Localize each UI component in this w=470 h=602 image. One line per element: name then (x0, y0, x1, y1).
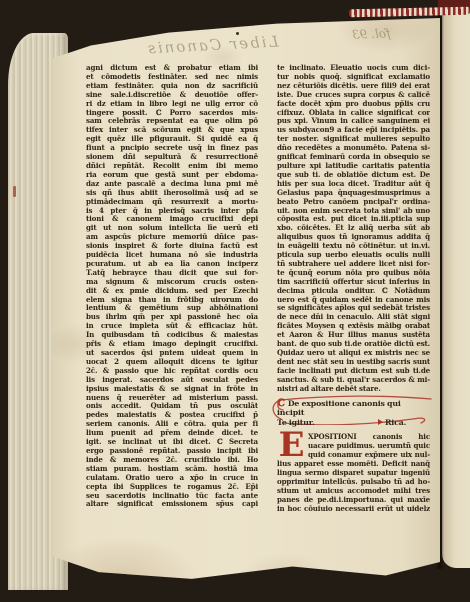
text-line: tñ subtrahere uel addere licet nisi for- (277, 260, 430, 269)
text-line: pedes maiestatis & postea crucifixi p̄ (86, 411, 258, 420)
text-line: bus ihrlm qm̄ per xpi passionē hec oīa (86, 313, 258, 322)
text-line: tifex inter scā scōrum egit & que xpus (86, 126, 258, 135)
text-line: lis ingerat. sacerdos aūt osculat pedes (86, 376, 258, 385)
text-line: cifixuz. Oblata in calice significat cor (277, 109, 430, 118)
text-line: igit. se inclinat ut ibi dicet. ℂ Secret… (86, 438, 258, 447)
text-line: ri dz etiam in libro legi ne ullg error … (86, 100, 258, 109)
text-line: sam celebrās repsentat ea que olim pō (86, 117, 258, 126)
rubric-pilcrow-icon: ℂ (277, 398, 285, 409)
text-line: seu sacerdotis inclinatio tūc facta ante (86, 492, 258, 501)
text-line: Gelasius papa q̄nquagesimusprimus a (277, 189, 430, 198)
text-line: in cruce impleta sūt & efficaciaz hūt. (86, 322, 258, 331)
text-line: ipsius maiestatis & se signat in frōte i… (86, 385, 258, 394)
text-line: ma signum & miscorum crucis osten- (86, 278, 258, 287)
fore-edge-mark (13, 186, 16, 197)
text-line: bant. de quo sub ti.de oratiōe dictū est… (277, 340, 430, 349)
text-line: uero est q̄ quidam sedēt in canone mis (277, 296, 430, 305)
rubrica-mark: Rica. (378, 418, 406, 428)
text-line: sionis inspiret & forte diuina factū est (86, 242, 258, 251)
text-line: stium ut amicus accomodet mihi tres (277, 486, 430, 495)
text-line: xbo. cōicētes. Et lz aliq̄ uerba sūt ab (277, 224, 430, 233)
text-line: et cōmodetis festināter. sed nec nimis (86, 73, 258, 82)
text-line: inde & memores 2c̄. crucifixio ibi. Ho (86, 456, 258, 465)
text-line: hiis per sua loca dicet. Traditur aūt q̄ (277, 180, 430, 189)
text-line: egit quēz ille pfigurauit. Si quidē ea q… (86, 135, 258, 144)
text-line: daz ante pascalē a decima luna pmi mē (86, 180, 258, 189)
text-line: nez cēturiōis dicētis. uere fili9 dei er… (277, 82, 430, 91)
text-line: panes de pe.di.i.importuna. qui maxīe (277, 495, 430, 504)
text-line: ria eorum que gestā sunt per ebdoma- (86, 171, 258, 180)
rubric-title: De expositione canonis qui incipit (277, 399, 401, 418)
text-line: am aspcūs picture memoriū dñice pas- (86, 233, 258, 242)
text-line: facte docēt xp̄m pro duobus pp̄lis cru (277, 100, 430, 109)
text-line: quid conamur exp̄mere uix nul- (308, 450, 430, 459)
text-line: in hoc cōuiuio necessarii erūt ut uidelz (277, 504, 430, 513)
text-line: in euāgelii textu nō cōtinētur. ut in.vi… (277, 242, 430, 251)
text-line: sine sale.i.discretiōe & deuotiōe offer- (86, 91, 258, 100)
text-line: XPOSITIONI canonis hic (308, 432, 430, 441)
right-column-body: te inclinato. Eleuatio uocis cum dici-tu… (277, 64, 430, 394)
text-line: pticula sup uerbo eleuatis oculis nulli (277, 251, 430, 260)
text-line: pr̄is & etiam imago depingit crucifixi. (86, 340, 258, 349)
text-line: se significātes ap̄los qui sedebāt trist… (277, 304, 430, 313)
text-line: ergo passionē repñtat. passio incipit ib… (86, 447, 258, 456)
text-line: uit. non enim secreta tota siml' ab uno (277, 207, 430, 216)
text-line: lingua sermo disparet supatur ingeniū (277, 468, 430, 477)
text-line: is 4 pter q̄ in plerisq̄ sacris inter pf… (86, 207, 258, 216)
drop-cap-initial: E (277, 432, 306, 459)
text-line: gnificat feminarū corda in obsequio se (277, 153, 430, 162)
text-line: beato Petro canōem pncipal'r ordina- (277, 198, 430, 207)
text-line: In quibusdam tñ codicibus & maiestas (86, 331, 258, 340)
text-line: cepta ibi Supplices te rogamus 2c̄. Ep̄i (86, 483, 258, 492)
text-line: pulture xpi latitudīe caritatis patentia (277, 162, 430, 171)
rubric-line-1: ℂDe expositione canonis qui incipit (277, 399, 430, 419)
text-line: de nece dn̄i in cenaculo. Alii stāt sign… (277, 313, 430, 322)
text-line: lius apparet esse momēti. Deficit nanq̄ (277, 459, 430, 468)
text-line: lentium & gemētium sup abhōinationi (86, 304, 258, 313)
text-column-left: agni dictum est & probatur etiam ibiet c… (86, 64, 258, 509)
text-line: fiunt a pncipio secrete usq̄ in finez pa… (86, 144, 258, 153)
text-line: iste. Due cruces supra corpus & calicē (277, 91, 430, 100)
text-line: ter noster. significat mulieres sepulto (277, 135, 430, 144)
rubric-incipit-words: Te igitur. (277, 418, 315, 427)
text-line: tingere possit. ℂ Porro sacerdos mis- (86, 109, 258, 118)
text-line: cōposita est. put dicet in.iii.pticla su… (277, 215, 430, 224)
text-line: ptimādecimam qñ resurrexit a mortu- (86, 198, 258, 207)
text-line: aliquibus quos tñ ignoramus addita q̄ (277, 233, 430, 242)
text-line: 2c̄. & passio que hic repñtat cordis ocu (86, 367, 258, 376)
text-line: dent nec stāt seu in uestibg sacris sunt (277, 358, 430, 367)
text-line: facie inclinati put dictum est sub ti.de (277, 367, 430, 376)
text-line: decima pticula onditur. ℂ Notādum (277, 287, 430, 296)
ink-speck (236, 32, 239, 35)
text-line: etiam festināter. quia non dz sacrificiū (86, 82, 258, 91)
text-line: pus xpi. Vinum in calice sanguinem ei (277, 117, 430, 126)
incipit-paragraph: E XPOSITIONI canonis hicuacare puidimus.… (277, 432, 430, 513)
text-line: ficātes Moysen q extēsis māibg orabat (277, 322, 430, 331)
text-line: tim sacrificiū offertur sicut inferius i… (277, 278, 430, 287)
text-line: elem signa thau in frōtibg uirorum do (86, 296, 258, 305)
verso-page: agni dictum est & probatur etiam ibiet c… (52, 18, 440, 580)
text-line: ut sacerdos q̄si pntem uideat quem in (86, 349, 258, 358)
text-line: que sub ti. de oblatiōe dictum est. De (277, 171, 430, 180)
rubric: ℂDe expositione canonis qui incipit Te i… (277, 399, 430, 429)
text-line: opprimitur intellcūs. pulsabo tñ ad ho- (277, 477, 430, 486)
text-line: dit & ex pmie dicidum. sed per Ezechi (86, 287, 258, 296)
text-line: agni dictum est & probatur etiam ibi (86, 64, 258, 73)
text-line: sanctus. & sub ti. qual'r sacerdos & mi- (277, 376, 430, 385)
text-line: altare significat emissionem sp̄us capi (86, 500, 258, 509)
text-line: puidēcia licet humana nō sīe industria (86, 251, 258, 260)
text-line: sis qñ ihus abiit iherosolimā usq̄ ad se (86, 189, 258, 198)
text-column-right: te inclinato. Eleuatio uocis cum dici-tu… (277, 64, 430, 513)
text-line: git ut non solum intellcta līe uerū eti (86, 224, 258, 233)
text-line: te q̄cunq̄ eorum nōia pro quibus nōia (277, 269, 430, 278)
rubrica-label: Rica. (385, 418, 406, 427)
text-line: sionem dñi sepulturā & resurrectionē (86, 153, 258, 162)
text-line: lium puenit ad pr̄em deinde dicet. te (86, 429, 258, 438)
text-line: culatam. Oratio uero a xp̄o in cruce in (86, 474, 258, 483)
book-photograph: agni dictum est & probatur etiam ibiet c… (0, 0, 470, 602)
text-line: te inclinato. Eleuatio uocis cum dici- (277, 64, 430, 73)
text-line: stiam puram. hostiam scām. hostiā ima (86, 465, 258, 474)
text-line: seriem canonis. Alii e cōtra. quia per f… (86, 420, 258, 429)
text-line: tur nobis quoq̄. significat exclamatio (277, 73, 430, 82)
rubrica-wedge-icon (378, 419, 383, 425)
text-line: nuens q̄ reuerēter ad misterium passi. (86, 394, 258, 403)
text-line: us subdyacon9 a facie ep̄i incipiētis. p… (277, 126, 430, 135)
text-line: uacare puidimus. uerumtñ quic (308, 441, 430, 450)
text-line: onis accedit. Quidam tñ pus osculāt (86, 402, 258, 411)
text-line: nistri ad altare debēt stare. (277, 385, 430, 394)
text-line: pcuratum. ut ab ea līa canon inciperz (86, 260, 258, 269)
text-line: Quidaz uero ut aliqui ex mistris nec se (277, 349, 430, 358)
text-line: dn̄o recedētes a monumēto. Patena si- (277, 144, 430, 153)
rubric-line-2: Te igitur. Rica. (277, 418, 430, 428)
text-line: et Aaron & Hur illius manus sustēta (277, 331, 430, 340)
recto-page-sliver (442, 10, 470, 568)
text-line: T.atq̄ hebrayce thau dicit que sui for- (86, 269, 258, 278)
text-line: tioni & canonem imago crucifixi depi (86, 215, 258, 224)
text-line: dñici repñtāt. Recolit enim ibi memo (86, 162, 258, 171)
text-line: uocat 2 quem alloquit dicens te igitur (86, 358, 258, 367)
